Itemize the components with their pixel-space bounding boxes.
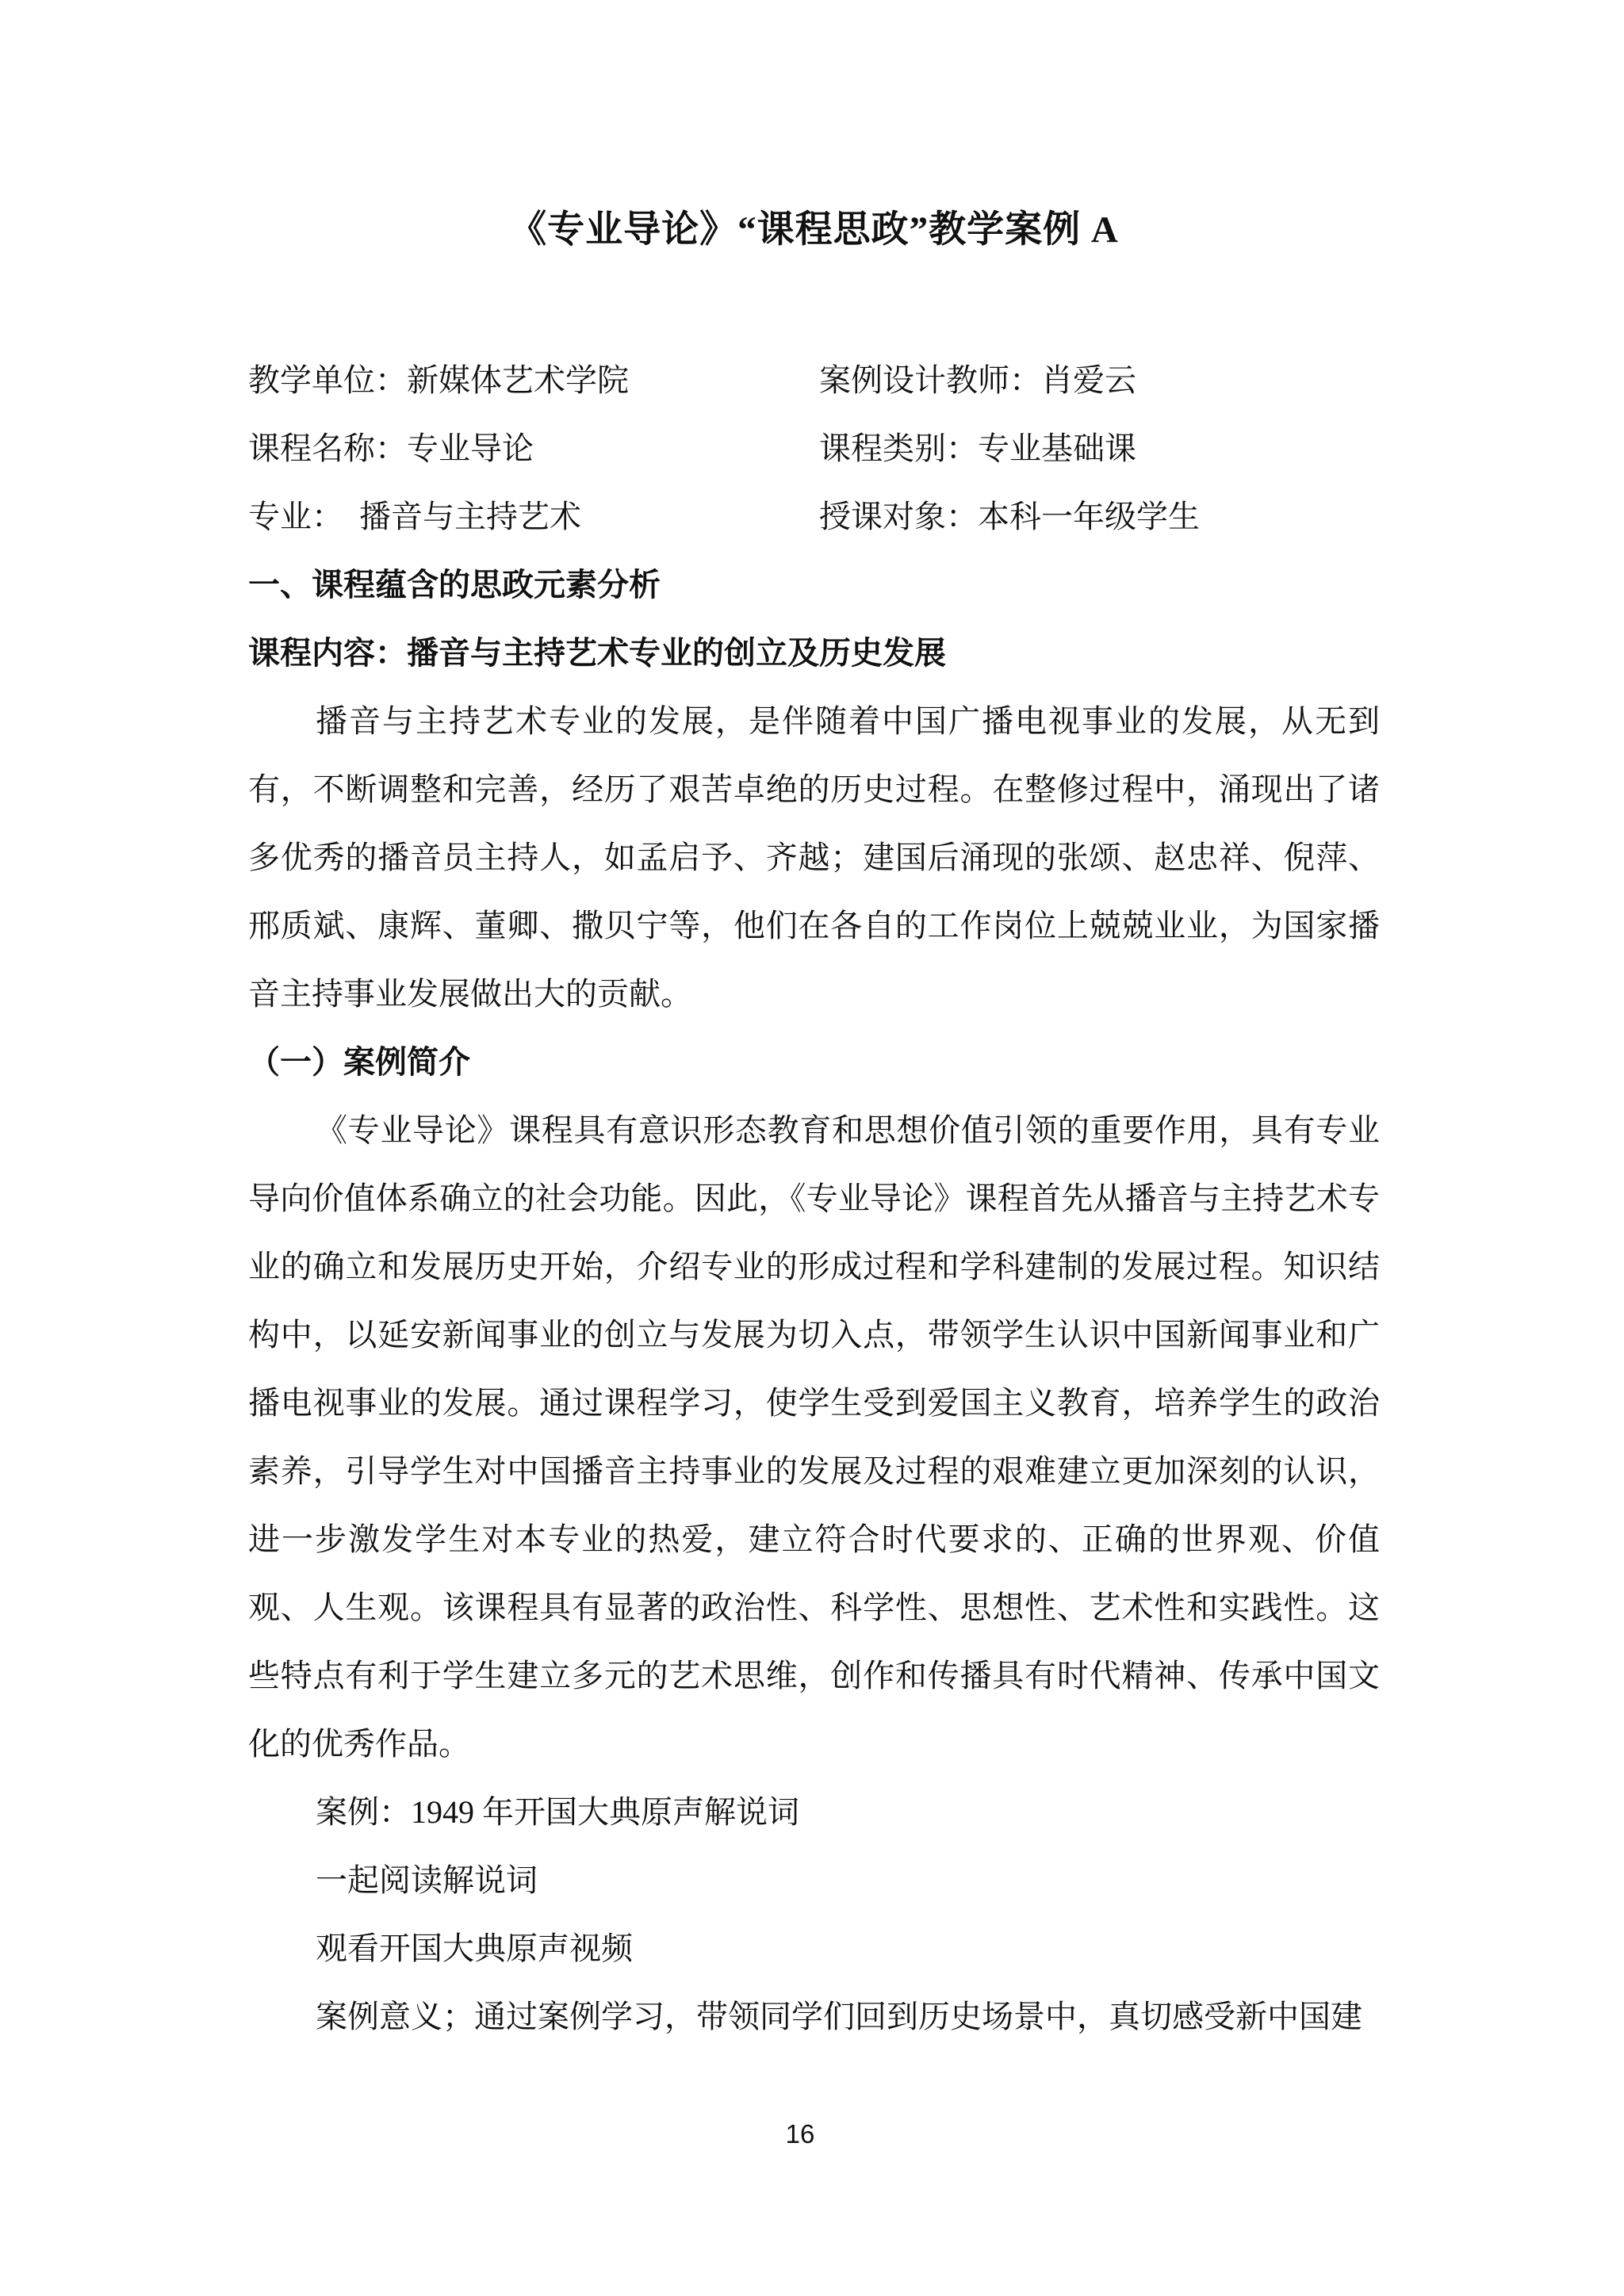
meta-case-designer: 案例设计教师：肖爱云 bbox=[819, 346, 1380, 415]
meta-course-category: 课程类别：专业基础课 bbox=[819, 415, 1380, 483]
document-page: 《专业导论》“课程思政”教学案例 A 教学单位：新媒体艺术学院 案例设计教师：肖… bbox=[0, 0, 1624, 2296]
meta-row-major-audience: 专业： 播音与主持艺术 授课对象：本科一年级学生 bbox=[248, 483, 1380, 551]
case-line-case-significance: 案例意义；通过案例学习，带领同学们回到历史场景中，真切感受新中国建 bbox=[248, 1983, 1380, 2051]
course-meta-block: 教学单位：新媒体艺术学院 案例设计教师：肖爱云 课程名称：专业导论 课程类别：专… bbox=[248, 346, 1380, 551]
meta-row-unit-teacher: 教学单位：新媒体艺术学院 案例设计教师：肖爱云 bbox=[248, 346, 1380, 415]
document-body: 教学单位：新媒体艺术学院 案例设计教师：肖爱云 课程名称：专业导论 课程类别：专… bbox=[248, 346, 1380, 2051]
document-title: 《专业导论》“课程思政”教学案例 A bbox=[248, 208, 1380, 252]
meta-teaching-unit: 教学单位：新媒体艺术学院 bbox=[248, 346, 819, 415]
meta-audience: 授课对象：本科一年级学生 bbox=[819, 483, 1380, 551]
meta-row-course-category: 课程名称：专业导论 课程类别：专业基础课 bbox=[248, 415, 1380, 483]
paragraph-history-overview: 播音与主持艺术专业的发展，是伴随着中国广播电视事业的发展，从无到有，不断调整和完… bbox=[248, 687, 1380, 1028]
meta-course-name: 课程名称：专业导论 bbox=[248, 415, 819, 483]
heading-course-content: 课程内容：播音与主持艺术专业的创立及历史发展 bbox=[248, 619, 1380, 687]
case-line-read-commentary: 一起阅读解说词 bbox=[248, 1846, 1380, 1915]
paragraph-case-introduction: 《专业导论》课程具有意识形态教育和思想价值引领的重要作用，具有专业导向价值体系确… bbox=[248, 1096, 1380, 1778]
case-line-case-title: 案例：1949 年开国大典原声解说词 bbox=[248, 1778, 1380, 1846]
page-number: 16 bbox=[0, 2118, 1600, 2150]
heading-case-introduction: （一）案例简介 bbox=[248, 1028, 1380, 1096]
case-line-watch-video: 观看开国大典原声视频 bbox=[248, 1915, 1380, 1983]
section-heading-ideology-analysis: 一、课程蕴含的思政元素分析 bbox=[248, 551, 1380, 619]
meta-major: 专业： 播音与主持艺术 bbox=[248, 483, 819, 551]
